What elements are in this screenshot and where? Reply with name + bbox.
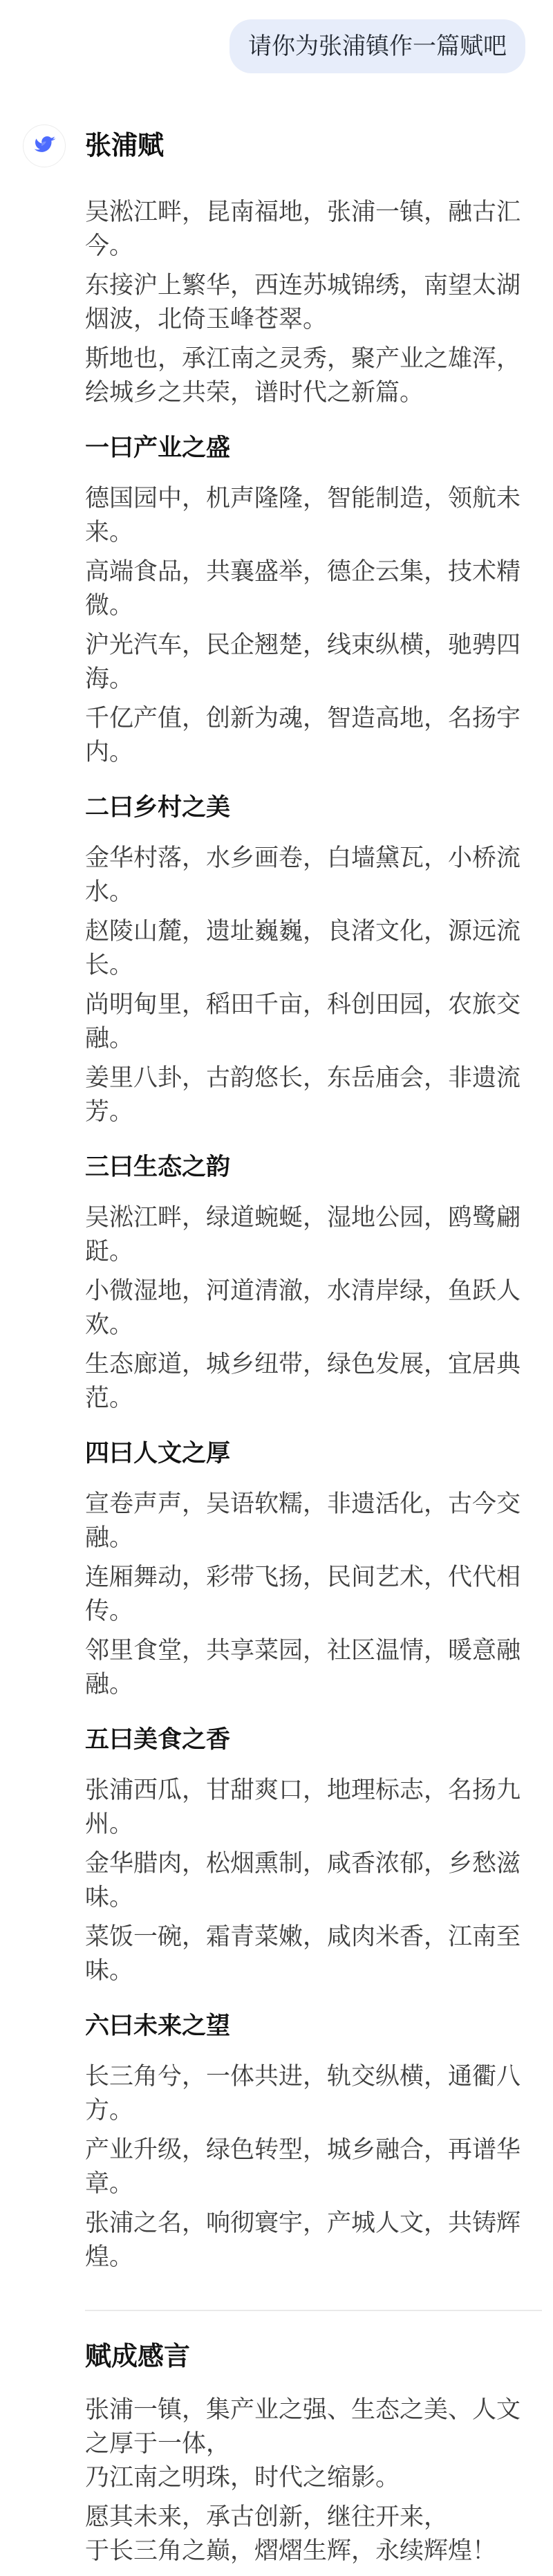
user-message-row: 请你为张浦镇作一篇赋吧 [0,0,553,73]
section-heading-food: 五曰美食之香 [85,1725,542,1755]
verse-paragraph: 长三角兮，一体共进，轨交纵横，通衢八方。 [85,2059,542,2127]
verse-paragraph: 姜里八卦，古韵悠长，东岳庙会，非遗流芳。 [85,1061,542,1129]
verse-paragraph: 金华村落，水乡画卷，白墙黛瓦，小桥流水。 [85,841,542,909]
section-heading-industry: 一曰产业之盛 [85,433,542,463]
verse-paragraph: 生态廊道，城乡纽带，绿色发展，宜居典范。 [85,1347,542,1415]
closing-line: 于长三角之巅，熠熠生辉，永续辉煌！ [85,2534,542,2568]
verse-paragraph: 沪光汽车，民企翘楚，线束纵横，驰骋四海。 [85,628,542,696]
assistant-message-content: 吴淞江畔，昆南福地，张浦一镇，融古汇今。 东接沪上繁华，西连苏城锦绣，南望太湖烟… [85,195,542,2568]
intro-verse: 吴淞江畔，昆南福地，张浦一镇，融古汇今。 [85,195,542,263]
assistant-avatar [23,124,66,167]
section-divider [85,2310,542,2311]
verse-paragraph: 吴淞江畔，绿道蜿蜒，湿地公园，鸥鹭翩跹。 [85,1201,542,1268]
assistant-header: 张浦赋 [23,124,553,167]
verse-paragraph: 产业升级，绿色转型，城乡融合，再谱华章。 [85,2133,542,2200]
verse-paragraph: 连厢舞动，彩带飞扬，民间艺术，代代相传。 [85,1560,542,1628]
section-heading-culture: 四曰人文之厚 [85,1438,542,1469]
verse-paragraph: 德国园中，机声隆隆，智能制造，领航未来。 [85,481,542,549]
verse-paragraph: 尚明甸里，稻田千亩，科创田园，农旅交融。 [85,988,542,1055]
whale-logo-icon [30,131,59,160]
verse-paragraph: 菜饭一碗，霜青菜嫩，咸肉米香，江南至味。 [85,1920,542,1987]
verse-paragraph: 邻里食堂，共享菜园，社区温情，暖意融融。 [85,1633,542,1701]
verse-paragraph: 张浦西瓜，甘甜爽口，地理标志，名扬九州。 [85,1773,542,1841]
verse-paragraph: 金华腊肉，松烟熏制，咸香浓郁，乡愁滋味。 [85,1846,542,1914]
closing-line: 愿其未来，承古创新，继往开来， [85,2500,542,2534]
closing-line: 张浦一镇，集产业之强、生态之美、人文之厚于一体， [85,2393,542,2461]
verse-paragraph: 小微湿地，河道清澈，水清岸绿，鱼跃人欢。 [85,1274,542,1342]
intro-verse: 东接沪上繁华，西连苏城锦绣，南望太湖烟波，北倚玉峰苍翠。 [85,268,542,336]
verse-paragraph: 赵陵山麓，遗址巍巍，良渚文化，源远流长。 [85,914,542,982]
intro-verse: 斯地也，承江南之灵秀，聚产业之雄浑，绘城乡之共荣，谱时代之新篇。 [85,342,542,409]
closing-line: 乃江南之明珠，时代之缩影。 [85,2461,542,2494]
chat-page: 请你为张浦镇作一篇赋吧 张浦赋 吴淞江畔，昆南福地，张浦一镇，融古汇今。 东接沪… [0,0,553,2576]
closing-paragraph: 张浦一镇，集产业之强、生态之美、人文之厚于一体， 乃江南之明珠，时代之缩影。 [85,2393,542,2494]
verse-paragraph: 高端食品，共襄盛举，德企云集，技术精微。 [85,555,542,622]
closing-paragraph: 愿其未来，承古创新，继往开来， 于长三角之巅，熠熠生辉，永续辉煌！ [85,2500,542,2568]
verse-paragraph: 宣卷声声，吴语软糯，非遗活化，古今交融。 [85,1487,542,1555]
user-message-bubble: 请你为张浦镇作一篇赋吧 [229,19,525,73]
closing-heading: 赋成感言 [85,2339,542,2375]
section-heading-future: 六曰未来之望 [85,2011,542,2041]
verse-paragraph: 张浦之名，响彻寰宇，产城人文，共铸辉煌。 [85,2206,542,2274]
message-title: 张浦赋 [85,129,164,163]
verse-paragraph: 千亿产值，创新为魂，智造高地，名扬宇内。 [85,701,542,769]
section-heading-countryside: 二曰乡村之美 [85,793,542,823]
section-heading-ecology: 三曰生态之韵 [85,1152,542,1183]
